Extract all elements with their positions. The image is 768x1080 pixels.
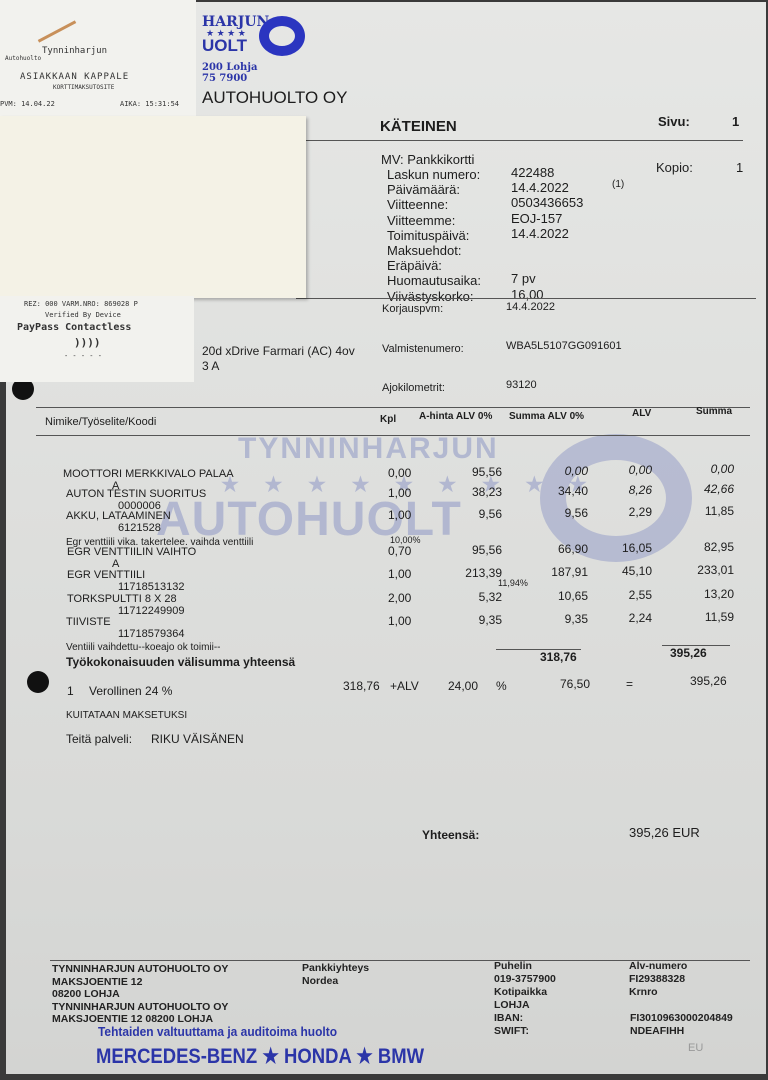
receipt-merchant: Tynninharjun: [42, 46, 107, 56]
col-header-sum: Summa: [696, 406, 732, 417]
item-qty: 1,00: [388, 614, 410, 628]
item-unit: 9,35: [434, 613, 502, 627]
item-name: TORKSPULTTI 8 X 28: [67, 593, 177, 605]
punch-hole: [27, 671, 49, 693]
grand-total-value: 395,26 EUR: [629, 825, 700, 840]
eu-stamp: EU: [688, 1042, 703, 1054]
work-note-2: Ventiili vaihdettu--koeajo ok toimii--: [66, 642, 221, 653]
item-sum: 13,20: [666, 587, 734, 601]
item-sum0: 9,35: [526, 612, 588, 626]
item-name: MOOTTORI MERKKIVALO PALAA: [63, 468, 234, 480]
field-label: Viitteenne:: [387, 197, 448, 212]
km-label: Ajokilometrit:: [382, 382, 445, 394]
item-vat: 2,29: [592, 505, 652, 519]
receipt-verified: Verified By Device: [45, 311, 121, 319]
company-name: AUTOHUOLTO OY: [202, 88, 347, 108]
item-sum: 233,01: [666, 563, 734, 577]
col-header-sum0: Summa ALV 0%: [509, 411, 584, 422]
repair-date: 14.4.2022: [506, 301, 555, 313]
vat-number: FI29388328: [629, 973, 685, 985]
vat-label: Verollinen 24 %: [89, 684, 172, 698]
receipt-paypass: PayPass Contactless: [17, 322, 131, 333]
item-vat: 45,10: [592, 564, 652, 578]
copy-label: Kopio:: [656, 160, 693, 175]
item-qty: 1,00: [388, 567, 410, 581]
footer-address-line: 08200 LOHJA: [52, 988, 120, 1000]
trade-register-label: Krnro: [629, 986, 658, 998]
header-phone: 75 7900: [202, 73, 247, 84]
pen-icon: [38, 20, 76, 42]
field-label: Päivämäärä:: [387, 182, 460, 197]
item-name: EGR VENTTIILI: [67, 569, 145, 581]
swift-value: NDEAFIHH: [630, 1025, 684, 1037]
item-unit: 213,39: [434, 566, 502, 580]
discount-1: 10,00%: [390, 535, 421, 545]
bank-label: Pankkiyhteys: [302, 962, 369, 974]
field-value: 422488: [511, 165, 554, 180]
field-value: 14.4.2022: [511, 180, 569, 195]
km-value: 93120: [506, 379, 537, 391]
item-sum: 42,66: [666, 482, 734, 496]
footer-address-line: TYNNINHARJUN AUTOHUOLTO OY: [52, 1001, 228, 1013]
field-label: Toimituspäivä:: [387, 228, 469, 243]
item-sum: 11,59: [666, 610, 734, 624]
served-by: RIKU VÄISÄNEN: [151, 732, 244, 746]
item-vat: 0,00: [592, 463, 652, 477]
receipt-date: PVM: 14.04.22: [0, 100, 55, 108]
work-note-1: Egr venttiili vika. takertelee. vaihda v…: [66, 537, 253, 548]
item-unit: 95,56: [434, 465, 502, 479]
item-sum0: 187,91: [526, 565, 588, 579]
item-sum: 11,85: [666, 504, 734, 518]
field-value: 14.4.2022: [511, 226, 569, 241]
receipt-subtitle: KORTTIMAKSUTOSITE: [53, 84, 114, 91]
phone-value: 019-3757900: [494, 973, 556, 985]
footer-address-line: TYNNINHARJUN AUTOHUOLTO OY: [52, 963, 228, 975]
field-label: Eräpäivä:: [387, 258, 442, 273]
page-value: 1: [732, 114, 739, 129]
item-name: AUTON TESTIN SUORITUS: [66, 488, 206, 500]
item-vat: 16,05: [592, 541, 652, 555]
item-sum0: 9,56: [526, 506, 588, 520]
item-qty: 0,70: [388, 544, 410, 558]
domicile-label: Kotipaikka: [494, 986, 547, 998]
col-header-vat: ALV: [632, 408, 651, 419]
item-code: 11718579364: [118, 628, 184, 640]
field-value: EOJ-157: [511, 211, 562, 226]
header-address: 200 Lohja: [202, 62, 257, 73]
payment-type: KÄTEINEN: [380, 118, 457, 135]
grand-total-label: Yhteensä:: [422, 828, 479, 842]
item-vat: 2,24: [592, 611, 652, 625]
item-qty: 2,00: [388, 591, 410, 605]
date-note: (1): [612, 179, 624, 190]
receipt-dashes: - - - - -: [64, 352, 102, 360]
divider: [296, 298, 756, 299]
field-label: Viivästyskorko:: [387, 289, 473, 304]
watermark-top: TYNNINHARJUN: [238, 432, 499, 466]
item-vat: 2,55: [592, 588, 652, 602]
field-value: 7 pv: [511, 271, 536, 286]
item-sum0: 10,65: [526, 589, 588, 603]
item-qty: 0,00: [388, 466, 410, 480]
vehicle-model: 20d xDrive Farmari (AC) 4ov: [202, 344, 355, 358]
subtotal-gross: 395,26: [670, 646, 707, 660]
field-value: 0503436653: [511, 195, 583, 210]
tagline: Tehtaiden valtuuttama ja auditoima huolt…: [98, 1024, 337, 1039]
receipt-note: KUITATAAN MAKSETUKSI: [66, 710, 187, 721]
divider: [306, 140, 743, 141]
item-unit: 9,56: [434, 507, 502, 521]
domicile-value: LOHJA: [494, 999, 530, 1011]
copy-value: 1: [736, 160, 743, 175]
swift-label: SWIFT:: [494, 1025, 529, 1037]
col-header-qty: Kpl: [380, 414, 396, 425]
subtotal-label: Työkokonaisuuden välisumma yhteensä: [66, 655, 295, 669]
vat-number-label: Alv-numero: [629, 960, 687, 972]
served-by-label: Teitä palveli:: [66, 732, 132, 746]
iban-label: IBAN:: [494, 1012, 523, 1024]
item-code: 11718513132: [118, 581, 184, 593]
logo-o-mark: [259, 16, 305, 56]
item-unit: 95,56: [434, 543, 502, 557]
item-sum: 0,00: [666, 462, 734, 476]
cover-note: [0, 116, 306, 298]
receipt-ref: REZ: 000 VARM.NRO: 869028 P: [24, 300, 138, 308]
receipt-title: ASIAKKAAN KAPPALE: [20, 72, 129, 82]
receipt-time: AIKA: 15:31:54: [120, 100, 179, 108]
vat-total: 395,26: [690, 674, 727, 688]
footer-address-line: MAKSJOENTIE 12: [52, 976, 142, 988]
vat-pct: %: [496, 679, 507, 693]
vin-value: WBA5L5107GG091601: [506, 340, 622, 352]
item-sum0: 0,00: [526, 464, 588, 478]
card-receipt-top: Tynninharjun Autohuolto ASIAKKAAN KAPPAL…: [0, 0, 196, 116]
item-name: TIIVISTE: [66, 616, 111, 628]
item-qty: 1,00: [388, 508, 410, 522]
item-sum0: 66,90: [526, 542, 588, 556]
vat-plus: +ALV: [390, 679, 419, 693]
vat-index: 1: [67, 684, 74, 698]
vat-eq: =: [626, 677, 633, 691]
col-header-name: Nimike/Työselite/Koodi: [45, 416, 156, 428]
item-code: 6121528: [118, 522, 161, 534]
repair-date-label: Korjauspvm:: [382, 303, 443, 315]
field-label: Laskun numero:: [387, 167, 480, 182]
table-header-rule: [36, 435, 750, 436]
payment-method: MV: Pankkikortti: [381, 152, 474, 167]
item-code: 11712249909: [118, 605, 184, 617]
card-receipt-bottom: REZ: 000 VARM.NRO: 869028 P Verified By …: [0, 296, 194, 382]
vin-label: Valmistenumero:: [382, 343, 464, 355]
item-name: AKKU, LATAAMINEN: [66, 510, 171, 522]
contactless-icon: )))): [74, 336, 101, 349]
page-label: Sivu:: [658, 114, 690, 129]
field-label: Viitteemme:: [387, 213, 455, 228]
item-unit: 38,23: [434, 485, 502, 499]
col-header-unit: A-hinta ALV 0%: [419, 411, 492, 422]
iban-value: FI3010963000204849: [630, 1012, 733, 1024]
logo-bottom-text: UOLT: [202, 36, 247, 56]
discount-2: 11,94%: [498, 578, 528, 588]
vat-base: 318,76: [343, 679, 380, 693]
field-label: Huomautusaika:: [387, 273, 481, 288]
phone-label: Puhelin: [494, 960, 532, 972]
vehicle-model-2: 3 A: [202, 359, 219, 373]
field-value: 16,00: [511, 287, 544, 302]
item-vat: 8,26: [592, 483, 652, 497]
item-unit: 5,32: [434, 590, 502, 604]
receipt-merchant-sub: Autohuolto: [5, 55, 41, 62]
brand-line: MERCEDES-BENZ ★ HONDA ★ BMW: [96, 1044, 424, 1069]
field-label: Maksuehdot:: [387, 243, 461, 258]
item-sum0: 34,40: [526, 484, 588, 498]
vat-amount: 76,50: [560, 677, 590, 691]
subtotal-net: 318,76: [540, 650, 577, 664]
bank-value: Nordea: [302, 975, 338, 987]
item-qty: 1,00: [388, 486, 410, 500]
vat-rate: 24,00: [448, 679, 478, 693]
item-sum: 82,95: [666, 540, 734, 554]
